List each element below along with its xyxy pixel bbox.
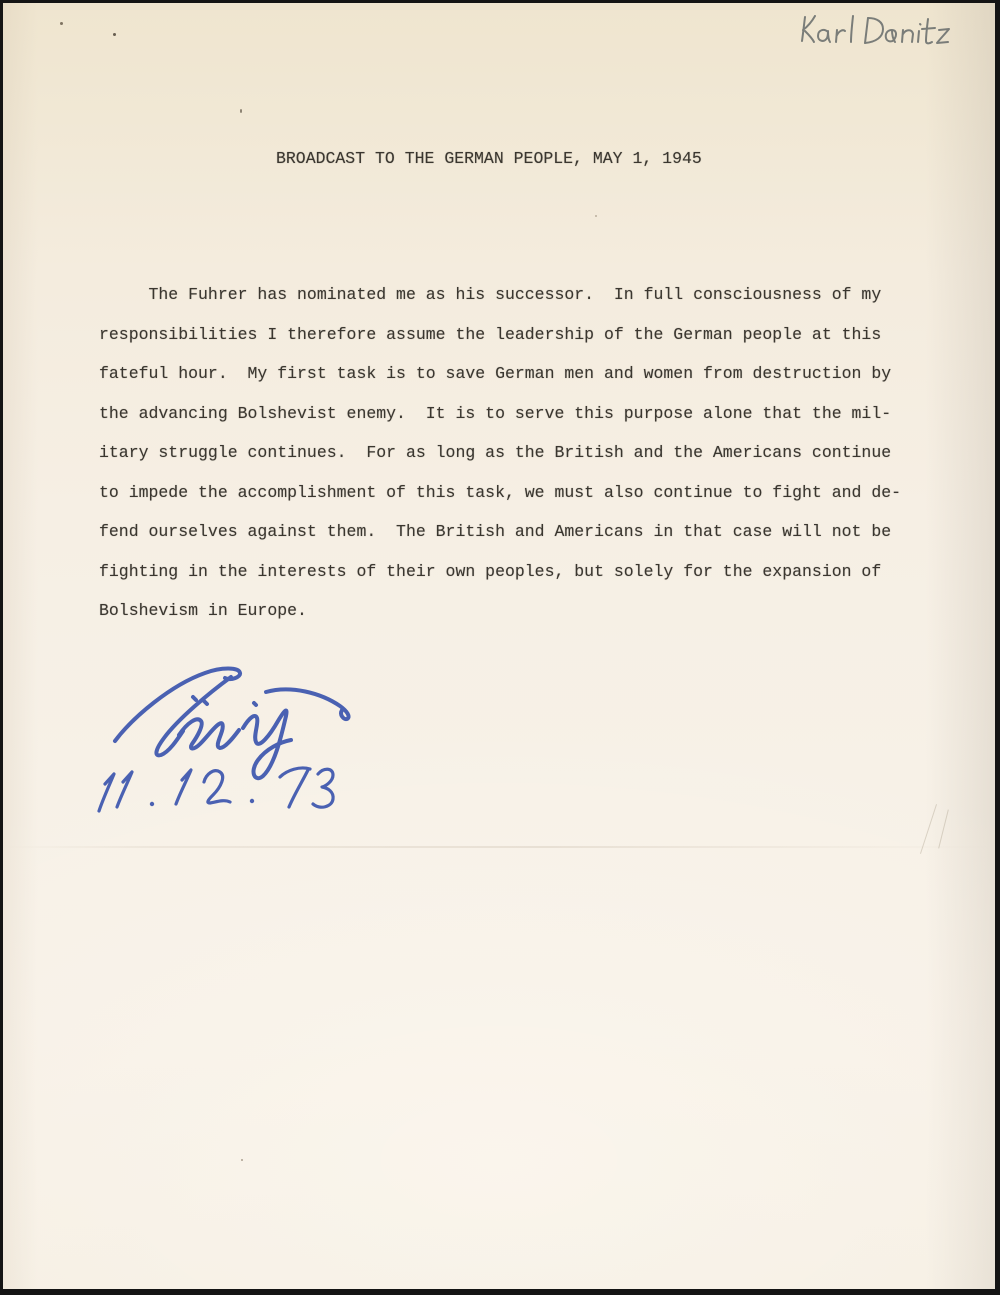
signature-date-strokes [99, 768, 333, 811]
body-line: itary struggle continues. For as long as… [99, 433, 901, 473]
signature-strokes [115, 669, 349, 779]
body-line: The Fuhrer has nominated me as his succe… [99, 275, 901, 315]
paper-speck [60, 22, 63, 25]
pencil-annotation-handwriting [795, 9, 955, 53]
body-line: fateful hour. My first task is to save G… [99, 354, 901, 394]
document-body: The Fuhrer has nominated me as his succe… [99, 275, 901, 631]
body-line: the advancing Bolshevist enemy. It is to… [99, 394, 901, 434]
signature-ink-doenitz [63, 643, 363, 823]
body-line: to impede the accomplishment of this tas… [99, 473, 901, 513]
paper-speck [241, 1159, 243, 1161]
body-line: responsibilities I therefore assume the … [99, 315, 901, 355]
paper-crease [3, 846, 995, 848]
scanned-document-page: BROADCAST TO THE GERMAN PEOPLE, MAY 1, 1… [0, 0, 1000, 1295]
paper-scratch [938, 809, 949, 848]
paper-speck [595, 215, 597, 217]
body-line: Bolshevism in Europe. [99, 591, 901, 631]
body-line: fend ourselves against them. The British… [99, 512, 901, 552]
body-line: fighting in the interests of their own p… [99, 552, 901, 592]
paper-speck [240, 109, 242, 113]
document-title: BROADCAST TO THE GERMAN PEOPLE, MAY 1, 1… [276, 150, 702, 168]
paper-speck [113, 33, 116, 36]
paper-sheet: BROADCAST TO THE GERMAN PEOPLE, MAY 1, 1… [3, 3, 995, 1289]
